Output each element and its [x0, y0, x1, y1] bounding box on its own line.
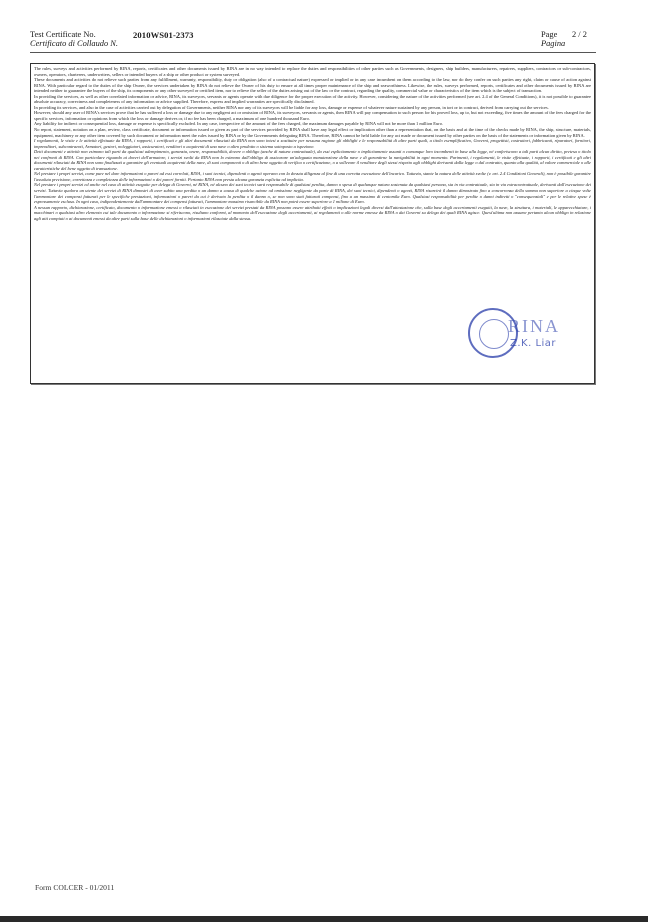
terms-paragraph: Nel prestare i propri servizi, come pure…	[34, 171, 591, 182]
page-label-en: Page	[541, 30, 565, 39]
terms-paragraph: I regolamenti, le visite e le attività e…	[34, 138, 591, 149]
terms-and-conditions-box: The rules, surveys and activities perfor…	[30, 63, 595, 384]
certificate-label: Test Certificate No. Certificato di Coll…	[30, 30, 118, 48]
page-number: 2 / 2	[572, 30, 587, 39]
certificate-label-it: Certificato di Collaudo N.	[30, 39, 118, 48]
certificate-number: 2010WS01-2373	[133, 30, 194, 40]
terms-paragraph: The rules, surveys and activities perfor…	[34, 66, 591, 77]
terms-paragraph: A nessun rapporto, dichiarazione, certif…	[34, 205, 591, 222]
page-label: Page Pagina	[541, 30, 565, 48]
page-label-it: Pagina	[541, 39, 565, 48]
terms-paragraph: In providing the services, as well as ot…	[34, 94, 591, 105]
document-header: Test Certificate No. Certificato di Coll…	[30, 30, 596, 53]
scanner-bottom-band	[0, 916, 648, 922]
terms-paragraph: Nel prestare i propri servizi ed anche n…	[34, 182, 591, 204]
terms-paragraph: No report, statement, notation on a plan…	[34, 127, 591, 138]
terms-paragraph: These documents and activities do not re…	[34, 77, 591, 94]
certificate-label-en: Test Certificate No.	[30, 30, 118, 39]
form-code: Form COLCER - 01/2011	[35, 883, 114, 892]
terms-paragraph: Detti documenti e attività non esimono t…	[34, 149, 591, 171]
terms-paragraph: However, should any user of RINA's servi…	[34, 110, 591, 121]
